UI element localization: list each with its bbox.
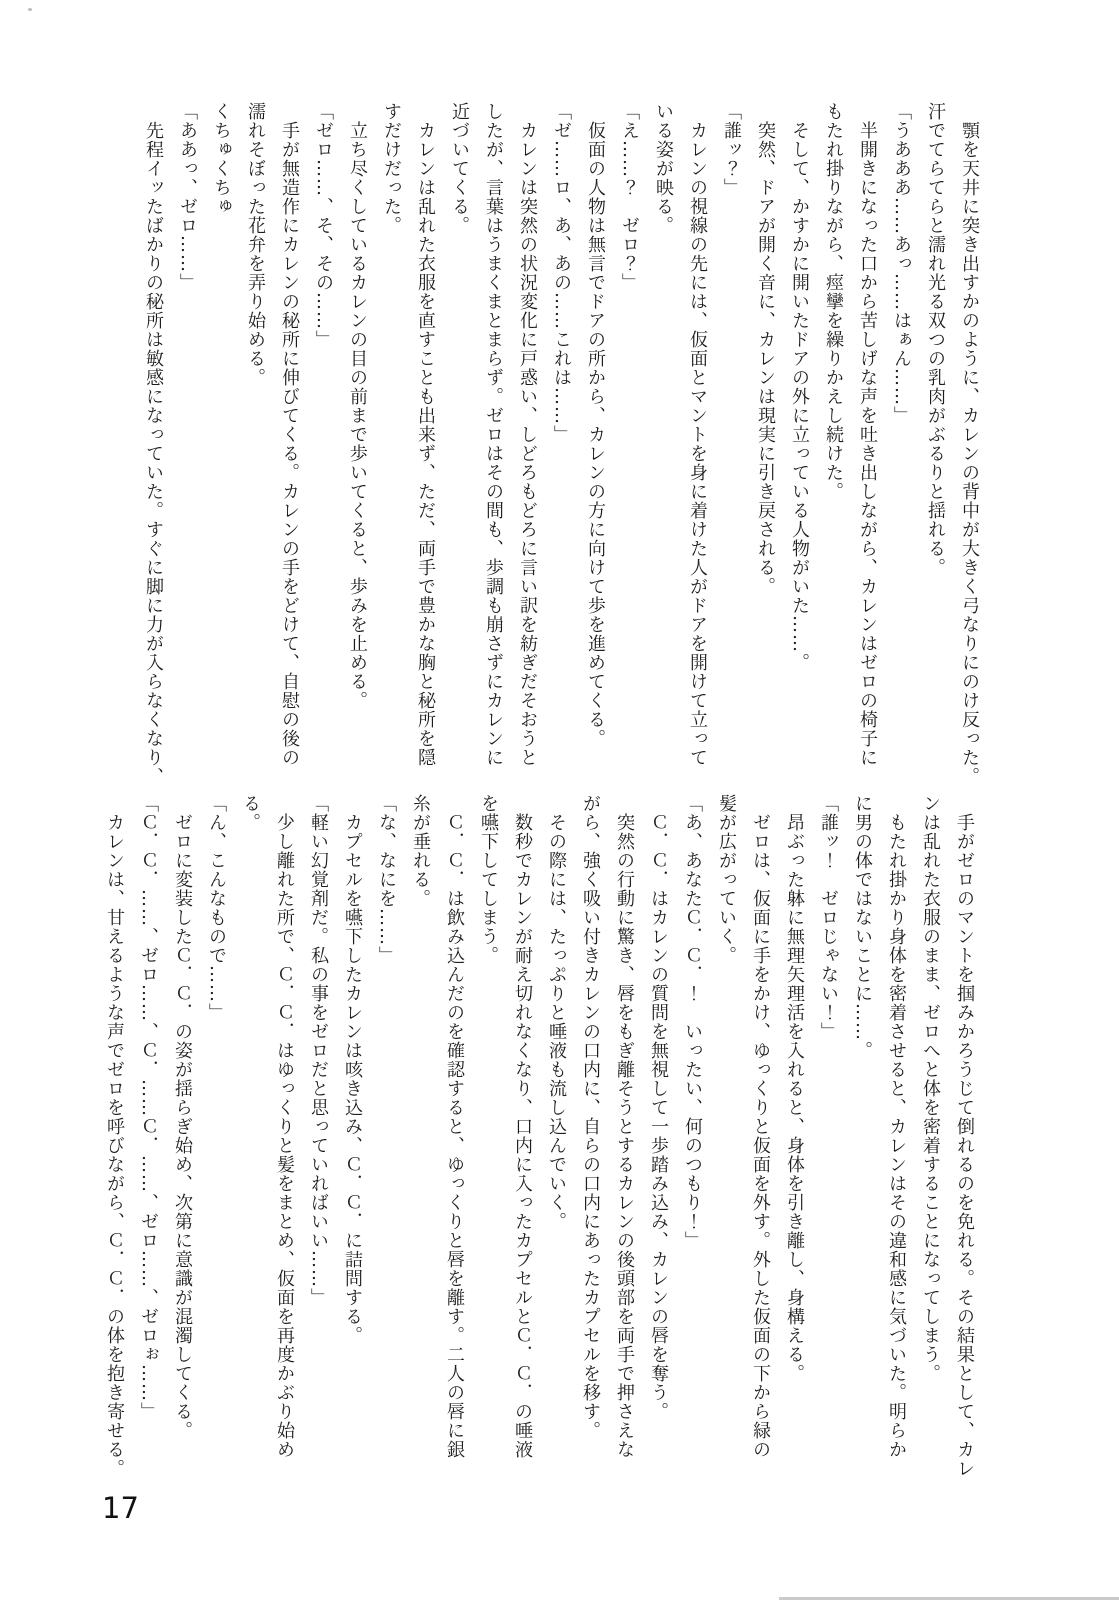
text-column: いる姿が映る。 [646,102,680,768]
top-text-block: 顎を天井に突き出すかのように、カレンの背中が大きく弓なりにのけ反った。 汗でてら… [136,102,986,768]
text-column: 「誰ッ！ ゼロじゃない！」 [811,794,845,1470]
text-column: 「ゼ……ロ、あ、あの……これは……」 [544,102,578,768]
text-column: くちゅくちゅ [204,102,238,768]
text-column: 「軽い幻覚剤だ。私の事をゼロだと思っていればいい……」 [301,794,335,1470]
text-column: Ｃ．Ｃ．はカレンの質問を無視して一歩踏み込み、カレンの唇を奪う。 [641,794,675,1470]
text-column: 汗でてらてらと濡れ光る双つの乳肉がぶるりと揺れる。 [918,102,952,768]
text-column: 仮面の人物は無言でドアの所から、カレンの方に向けて歩を進めてくる。 [578,102,612,768]
text-column: 顎を天井に突き出すかのように、カレンの背中が大きく弓なりにのけ反った。 [952,102,986,768]
text-column: る。 [233,794,267,1470]
text-column: 「ん、こんなもので……」 [199,794,233,1470]
text-column: がら、強く吸い付きカレンの口内に、自らの口内にあったカプセルを移す。 [573,794,607,1470]
text-column: 「な、なにを……」 [369,794,403,1470]
text-column: に男の体ではないことに……。 [845,794,879,1470]
text-column: 突然の行動に驚き、唇をもぎ離そうとするカレンの後頭部を両手で押さえな [607,794,641,1470]
text-column: その際には、たっぷりと唾液も流し込んでいく。 [539,794,573,1470]
page-number: 17 [102,1491,139,1525]
text-column: 「うあああ……あっ……はぁん……」 [884,102,918,768]
text-column: ゼロに変装したＣ．Ｃ．の姿が揺らぎ始め、次第に意識が混濁してくる。 [165,794,199,1470]
text-column: もたれ掛かり身体を密着させると、カレンはその違和感に気づいた。明らか [879,794,913,1470]
text-column: すだけだった。 [374,102,408,768]
text-column: 少し離れた所で、Ｃ．Ｃ．はゆっくりと髪をまとめ、仮面を再度かぶり始め [267,794,301,1470]
text-column: 「あ、あなたＣ．Ｃ．！ いったい、何のつもり！」 [675,794,709,1470]
text-column: 手がゼロのマントを掴みかろうじて倒れるのを免れる。その結果として、カレ [947,794,981,1470]
scan-noise-speck [28,8,32,11]
text-column: ンは乱れた衣服のまま、ゼロへと体を密着することになってしまう。 [913,794,947,1470]
text-column: 髪が広がっていく。 [709,794,743,1470]
text-column: 突然、ドアが開く音に、カレンは現実に引き戻される。 [748,102,782,768]
text-column: 糸が垂れる。 [403,794,437,1470]
text-column: ゼロは、仮面に手をかけ、ゆっくりと仮面を外す。外した仮面の下から緑の [743,794,777,1470]
text-column: 「ゼロ……、そ、その……」 [306,102,340,768]
text-column: 近づいてくる。 [442,102,476,768]
text-column: カレンの視線の先には、仮面とマントを身に着けた人がドアを開けて立って [680,102,714,768]
text-column: 昂ぶった躰に無理矢理活を入れると、身体を引き離し、身構える。 [777,794,811,1470]
text-column: 先程イッたばかりの秘所は敏感になっていた。すぐに脚に力が入らなくなり、 [136,102,170,768]
text-column: 手が無造作にカレンの秘所に伸びてくる。カレンの手をどけて、自慰の後の [272,102,306,768]
text-column: カレンは乱れた衣服を直すことも出来ず、ただ、両手で豊かな胸と秘所を隠 [408,102,442,768]
text-column: カレンは突然の状況変化に戸惑い、しどろもどろに言い訳を紡ぎだそおうと [510,102,544,768]
text-column: Ｃ．Ｃ．は飲み込んだのを確認すると、ゆっくりと唇を離す。二人の唇に銀 [437,794,471,1470]
text-column: を嚥下してしまう。 [471,794,505,1470]
bottom-text-block: 手がゼロのマントを掴みかろうじて倒れるのを免れる。その結果として、カレ ンは乱れ… [97,794,981,1470]
text-column: 数秒でカレンが耐え切れなくなり、口内に入ったカプセルとＣ．Ｃ．の唾液 [505,794,539,1470]
text-column: 濡れそぼった花弁を弄り始める。 [238,102,272,768]
text-column: カプセルを嚥下したカレンは咳き込み、Ｃ．Ｃ．に詰問する。 [335,794,369,1470]
text-column: もたれ掛りながら、痙攣を繰りかえし続けた。 [816,102,850,768]
text-column: 立ち尽くしているカレンの目の前まで歩いてくると、歩みを止める。 [340,102,374,768]
text-column: したが、言葉はうまくまとまらず。ゼロはその間も、歩調も崩さずにカレンに [476,102,510,768]
text-column: 「え……？ ゼロ？」 [612,102,646,768]
text-column: 「ああっ、ゼロ……」 [170,102,204,768]
text-column: カレンは、甘えるような声でゼロを呼びながら、Ｃ．Ｃ．の体を抱き寄せる。 [97,794,131,1470]
text-column: 「Ｃ．Ｃ．……、ゼロ……、Ｃ．……Ｃ．……、ゼロ……、ゼロぉ……」 [131,794,165,1470]
text-column: 半開きになった口から苦しげな声を吐き出しながら、カレンはゼロの椅子に [850,102,884,768]
text-column: 「誰ッ？」 [714,102,748,768]
text-column: そして、かすかに開いたドアの外に立っている人物がいた……。 [782,102,816,768]
